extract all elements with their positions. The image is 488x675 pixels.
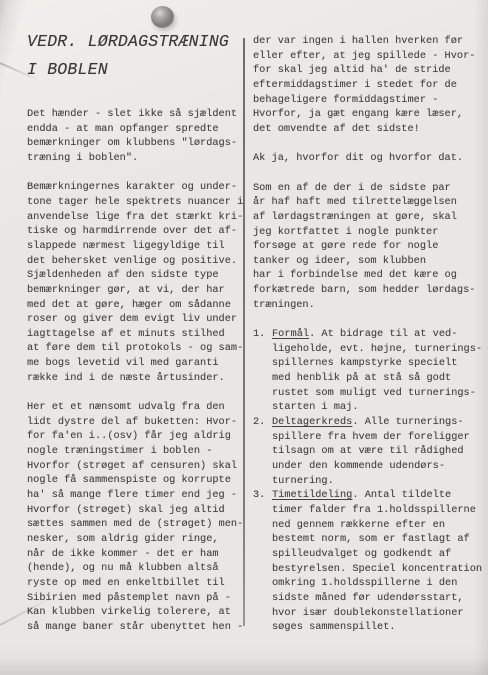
item-text: Timetildeling. Antal tildelte timer fald… bbox=[272, 488, 483, 635]
title-line: I BOBLEN bbox=[27, 56, 229, 84]
paragraph: Som en af de der i de sidste par år haf … bbox=[253, 181, 483, 313]
item-rest: . At bidrage til at ved- ligeholde, evt.… bbox=[272, 328, 482, 413]
left-column: Det hænder - slet ikke så sjældent endda… bbox=[27, 107, 245, 649]
paragraph: Bemærkningernes karakter og under- tone … bbox=[27, 180, 245, 385]
document-title: VEDR. LØRDAGSTRÆNINGI BOBLEN bbox=[27, 28, 229, 84]
paragraph: Det hænder - slet ikke så sjældent endda… bbox=[27, 107, 245, 166]
item-text: Deltagerkreds. Alle turnerings- spillere… bbox=[272, 415, 483, 488]
item-term: Formål bbox=[272, 328, 309, 340]
scanned-document-page: VEDR. LØRDAGSTRÆNINGI BOBLEN Det hænder … bbox=[0, 0, 488, 675]
item-number: 1. bbox=[253, 327, 272, 415]
item-text: Formål. At bidrage til at ved- ligeholde… bbox=[272, 327, 483, 415]
right-column: der var ingen i hallen hverken før eller… bbox=[253, 34, 483, 635]
list-item: 1. Formål. At bidrage til at ved- ligeho… bbox=[253, 327, 483, 415]
title-line: VEDR. LØRDAGSTRÆNING bbox=[27, 28, 229, 56]
punch-hole-mark bbox=[151, 6, 174, 28]
item-term: Deltagerkreds bbox=[272, 416, 352, 428]
item-number: 3. bbox=[253, 488, 272, 635]
paragraph: der var ingen i hallen hverken før eller… bbox=[253, 34, 483, 137]
list-item: 3. Timetildeling. Antal tildelte timer f… bbox=[253, 488, 483, 635]
item-rest: . Antal tildelte timer falder fra 1.hold… bbox=[272, 489, 482, 633]
item-number: 2. bbox=[253, 415, 272, 488]
list-item: 2. Deltagerkreds. Alle turnerings- spill… bbox=[253, 415, 483, 488]
item-term: Timetildeling bbox=[272, 489, 352, 501]
paragraph: Her et et nænsomt udvalg fra den lidt dy… bbox=[27, 400, 245, 635]
numbered-list: 1. Formål. At bidrage til at ved- ligeho… bbox=[253, 327, 483, 635]
paragraph: Ak ja, hvorfor dit og hvorfor dat. bbox=[253, 151, 483, 166]
